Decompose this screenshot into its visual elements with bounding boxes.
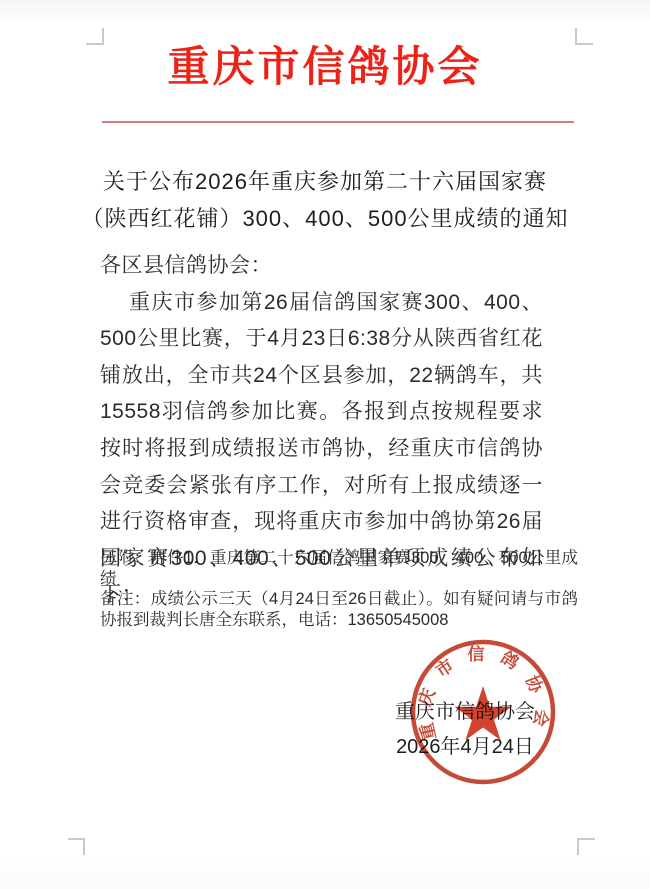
remark-note: 备注：成绩公示三天（4月24日至26日截止）。如有疑问请与市鸽协报到裁判长唐全东… xyxy=(100,589,578,630)
notice-title-line1: 关于公布2026年重庆参加第二十六届国家赛 xyxy=(30,163,620,200)
salutation: 各区县信鸽协会： xyxy=(100,248,543,285)
title-divider xyxy=(102,121,574,123)
seal-star-icon xyxy=(455,686,512,740)
official-seal: 重庆市信鸽协会 xyxy=(408,637,558,787)
org-title: 重庆市信鸽协会 xyxy=(0,45,650,89)
notice-title: 关于公布2026年重庆参加第二十六届国家赛 （陕西红花铺）300、400、500… xyxy=(30,163,620,237)
crop-mark-bottom-right-icon xyxy=(577,838,595,855)
crop-mark-top-left-icon xyxy=(86,28,104,45)
crop-mark-bottom-left-icon xyxy=(68,838,85,855)
attachment-note: 另附：附件1．重庆第二十六届信鸽国家赛300、400、500公里成绩 xyxy=(100,548,578,589)
notes-block: 另附：附件1．重庆第二十六届信鸽国家赛300、400、500公里成绩 备注：成绩… xyxy=(100,548,578,630)
notice-document: 重庆市信鸽协会 关于公布2026年重庆参加第二十六届国家赛 （陕西红花铺）300… xyxy=(0,0,650,889)
crop-mark-top-right-icon xyxy=(575,28,593,45)
notice-title-line2: （陕西红花铺）300、400、500公里成绩的通知 xyxy=(30,200,620,237)
